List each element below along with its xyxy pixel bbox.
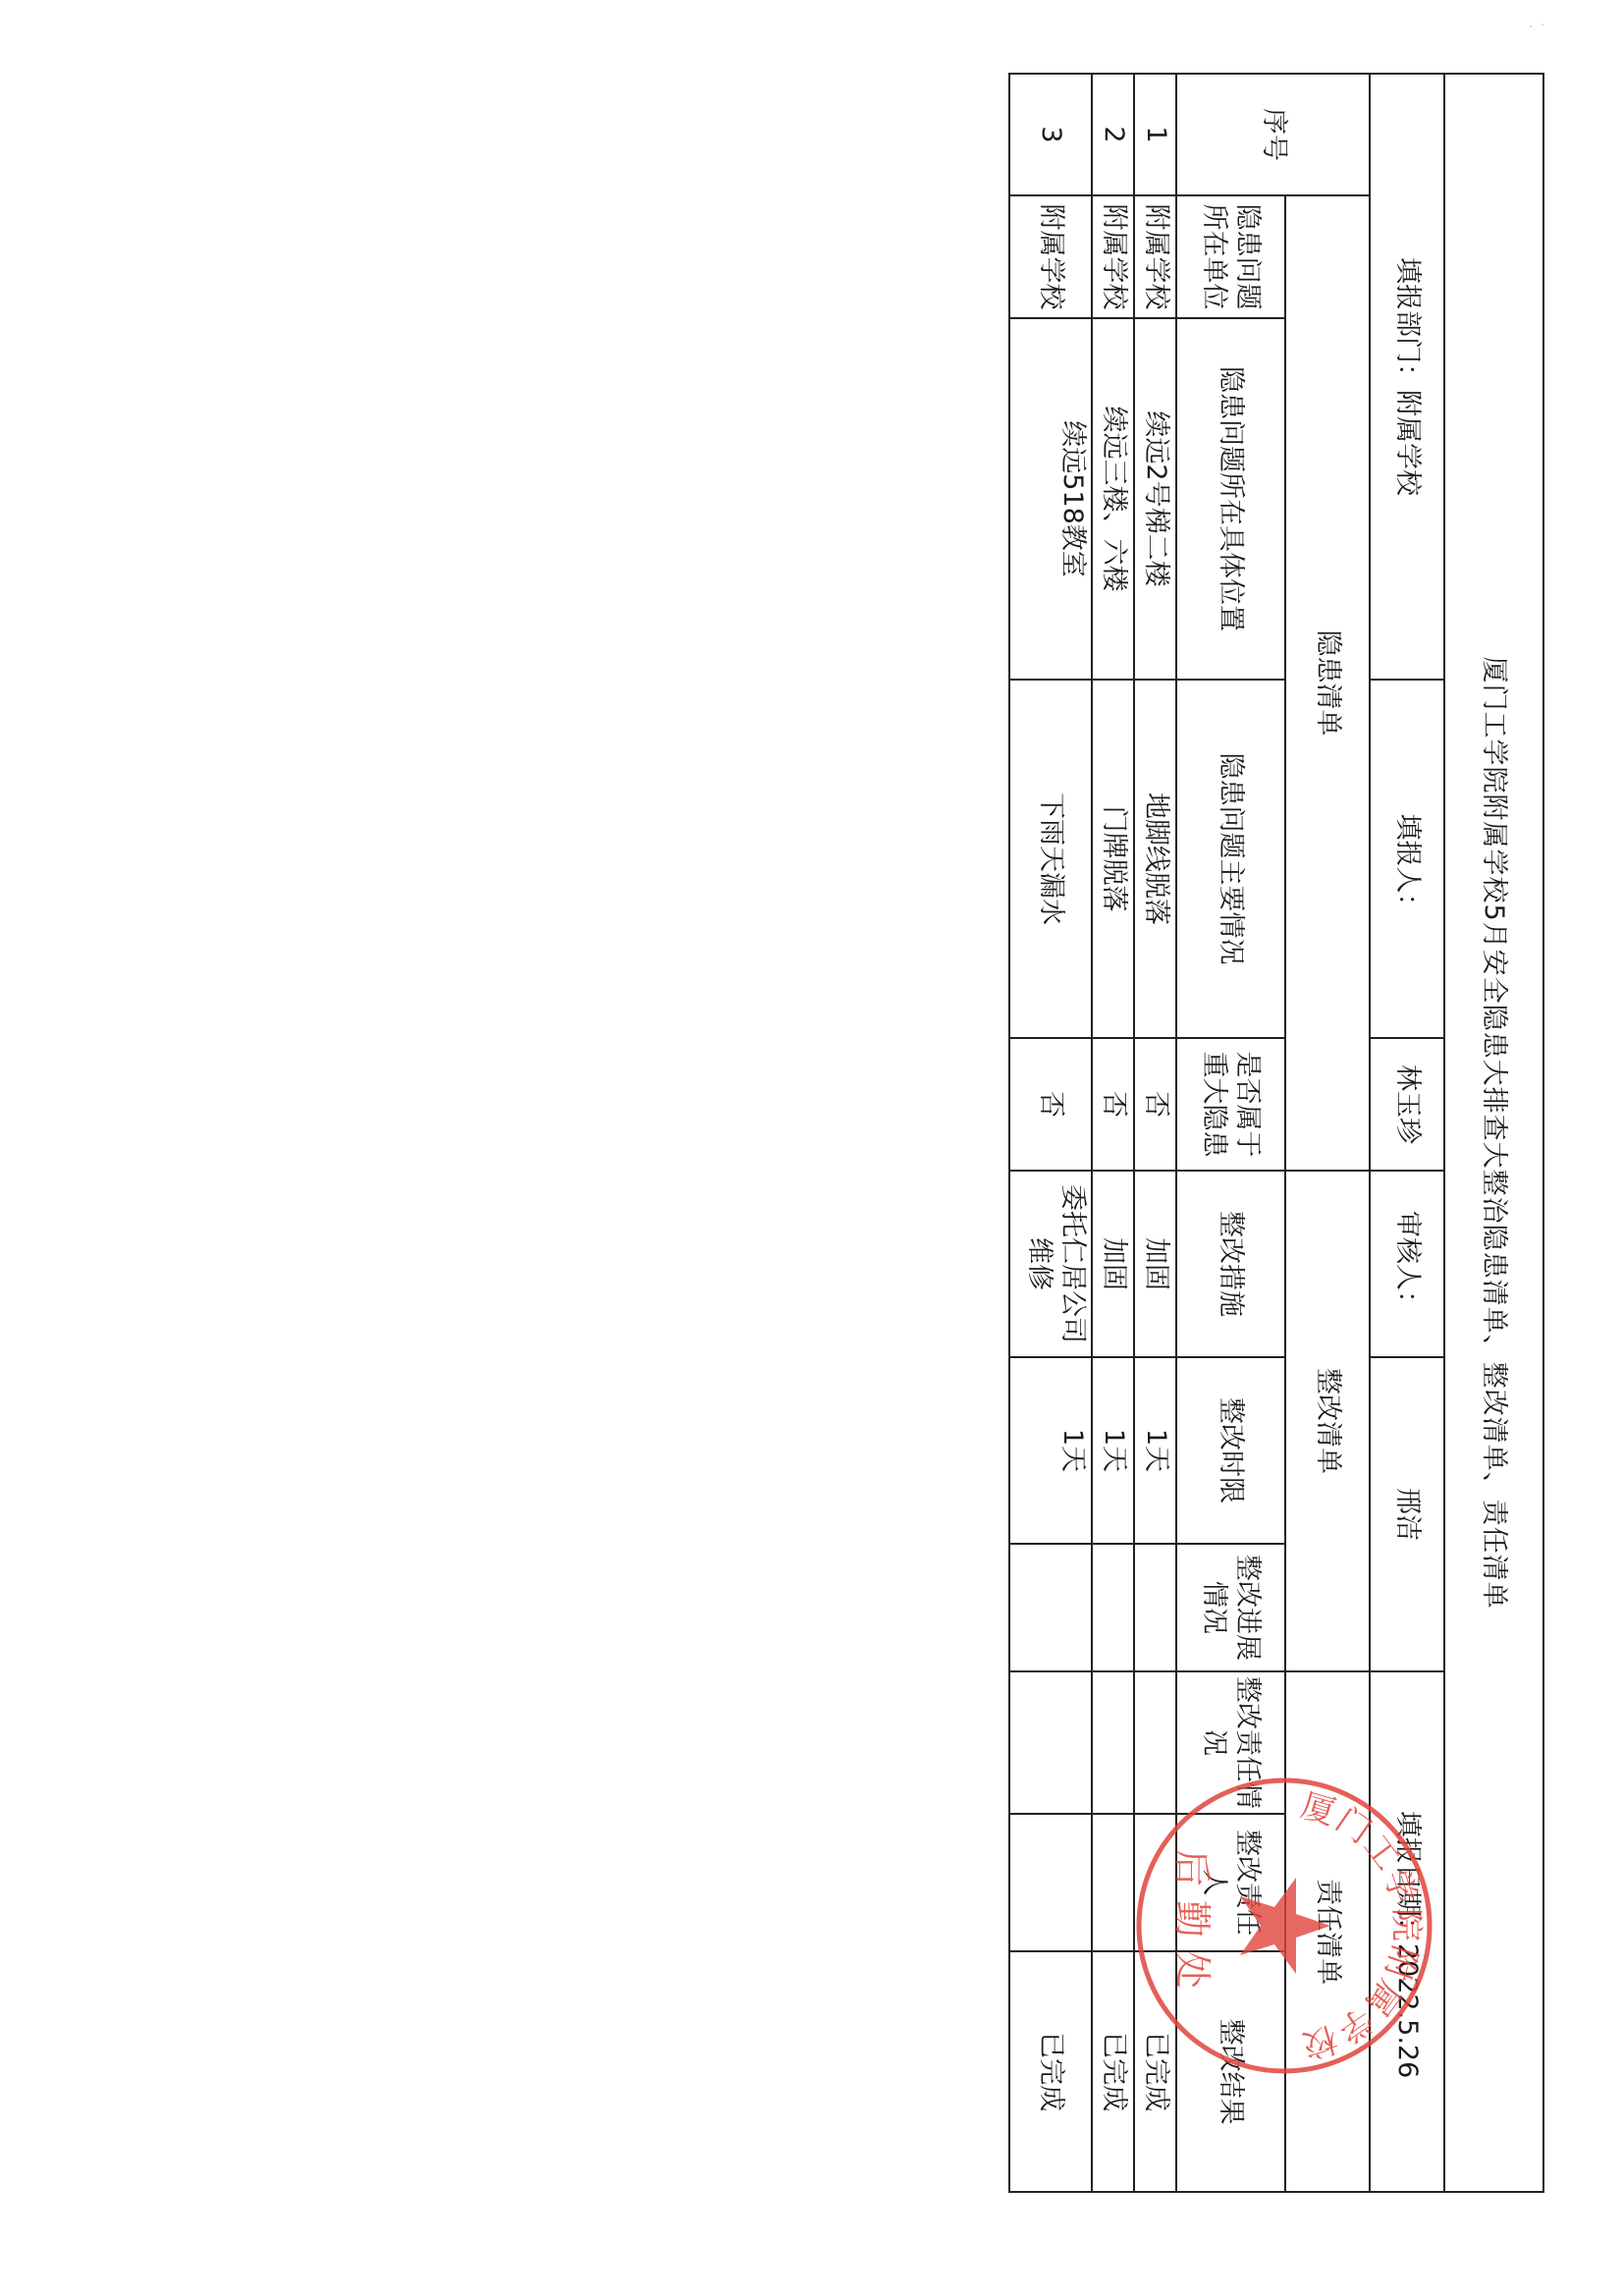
cell-progress [1092, 1544, 1134, 1671]
cell-major: 否 [1134, 1038, 1176, 1171]
table-row: 2 附属学校 续远三楼、六楼 门牌脱落 否 加固 1天 已完成 [1092, 74, 1134, 2192]
cell-major: 否 [1009, 1038, 1092, 1171]
col-person: 整改责任人 [1176, 1814, 1284, 1951]
cell-unit: 附属学校 [1009, 195, 1092, 318]
group-hazard-list: 隐患清单 [1285, 195, 1370, 1171]
cell-deadline: 1天 [1092, 1357, 1134, 1544]
cell-person [1092, 1814, 1134, 1951]
cell-location: 续远518教室 [1009, 318, 1092, 680]
reporter-value: 林玉珍 [1370, 1038, 1444, 1171]
hazard-table: 厦门工学院附属学校5月安全隐患大排查大整治隐患清单、整改清单、责任清单 填报部门… [1008, 73, 1544, 2193]
cell-progress [1134, 1544, 1176, 1671]
table-row: 1 附属学校 续远2号梯二楼 地脚线脱落 否 加固 1天 已完成 [1134, 74, 1176, 2192]
department-field: 填报部门：附属学校 [1370, 74, 1444, 680]
col-unit: 隐患问题所在单位 [1176, 195, 1284, 318]
document-title: 厦门工学院附属学校5月安全隐患大排查大整治隐患清单、整改清单、责任清单 [1444, 74, 1543, 2192]
cell-deadline: 1天 [1009, 1357, 1092, 1544]
cell-unit: 附属学校 [1092, 195, 1134, 318]
cell-measures: 加固 [1134, 1171, 1176, 1357]
cell-result: 已完成 [1009, 1951, 1092, 2192]
group-rectification-list: 整改清单 [1285, 1171, 1370, 1671]
cell-seq: 1 [1134, 74, 1176, 195]
cell-progress [1009, 1544, 1092, 1671]
col-situation: 隐患问题主要情况 [1176, 680, 1284, 1038]
cell-location: 续远三楼、六楼 [1092, 318, 1134, 680]
cell-responsibility [1134, 1671, 1176, 1814]
cell-deadline: 1天 [1134, 1357, 1176, 1544]
col-responsibility: 整改责任情况 [1176, 1671, 1284, 1814]
reviewer-value: 邢洁 [1370, 1357, 1444, 1671]
rotated-document: 厦门工学院附属学校5月安全隐患大排查大整治隐患清单、整改清单、责任清单 填报部门… [1008, 73, 1544, 2191]
cell-seq: 3 [1009, 74, 1092, 195]
scan-specks [1530, 24, 1549, 33]
cell-location: 续远2号梯二楼 [1134, 318, 1176, 680]
cell-seq: 2 [1092, 74, 1134, 195]
cell-measures: 委托仁居公司维修 [1009, 1171, 1092, 1357]
reviewer-label: 审核人： [1370, 1171, 1444, 1357]
cell-situation: 地脚线脱落 [1134, 680, 1176, 1038]
cell-unit: 附属学校 [1134, 195, 1176, 318]
cell-person [1134, 1814, 1176, 1951]
col-result: 整改结果 [1176, 1951, 1284, 2192]
reporter-label: 填报人： [1370, 680, 1444, 1038]
cell-person [1009, 1814, 1092, 1951]
table-row: 3 附属学校 续远518教室 下雨天漏水 否 委托仁居公司维修 1天 已完成 [1009, 74, 1092, 2192]
col-measures: 整改措施 [1176, 1171, 1284, 1357]
col-deadline: 整改时限 [1176, 1357, 1284, 1544]
col-progress: 整改进展情况 [1176, 1544, 1284, 1671]
col-seq: 序号 [1176, 74, 1369, 195]
cell-major: 否 [1092, 1038, 1134, 1171]
cell-responsibility [1009, 1671, 1092, 1814]
group-responsibility-list: 责任清单 [1285, 1671, 1370, 2192]
cell-result: 已完成 [1134, 1951, 1176, 2192]
report-date: 填报日期：2022.5.26 [1370, 1671, 1444, 2192]
cell-responsibility [1092, 1671, 1134, 1814]
cell-result: 已完成 [1092, 1951, 1134, 2192]
cell-measures: 加固 [1092, 1171, 1134, 1357]
cell-situation: 下雨天漏水 [1009, 680, 1092, 1038]
cell-situation: 门牌脱落 [1092, 680, 1134, 1038]
col-location: 隐患问题所在具体位置 [1176, 318, 1284, 680]
col-major: 是否属于重大隐患 [1176, 1038, 1284, 1171]
